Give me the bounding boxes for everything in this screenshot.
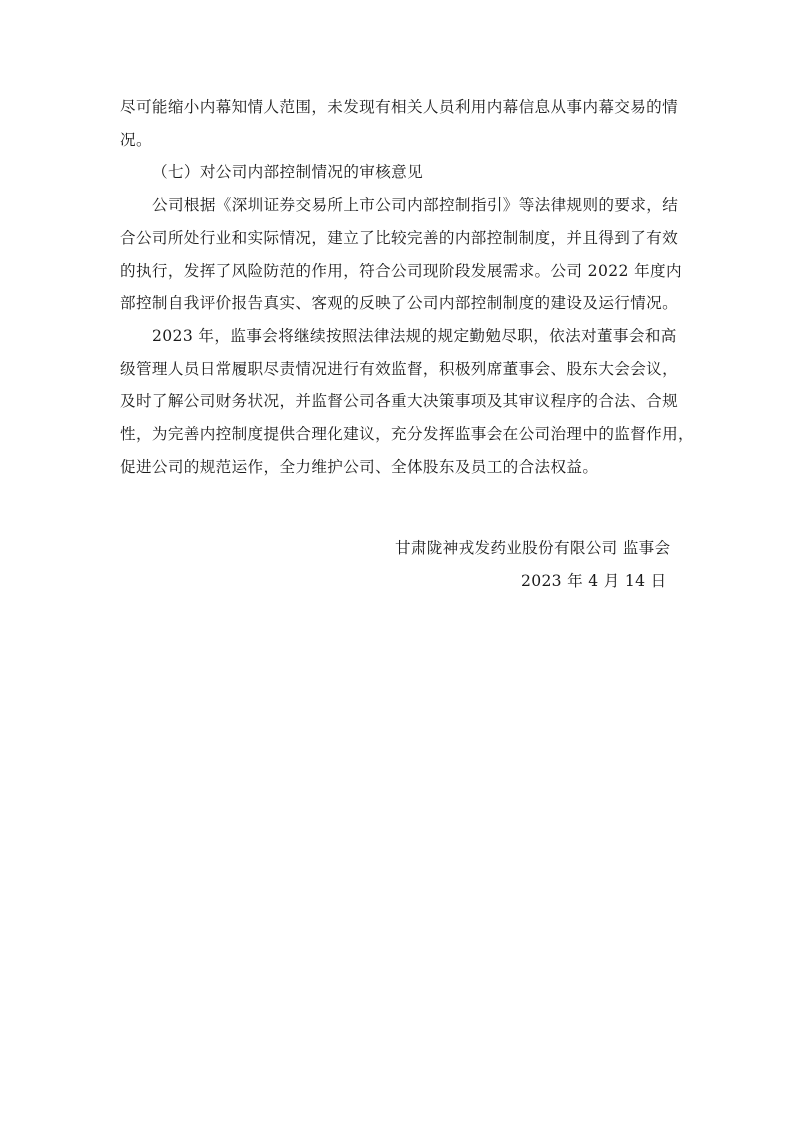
- signature-organization: 甘肃陇神戎发药业股份有限公司 监事会: [395, 538, 670, 558]
- paragraph-line: 部控制自我评价报告真实、客观的反映了公司内部控制制度的建设及运行情况。: [120, 293, 676, 313]
- paragraph-line: 及时了解公司财务状况，并监督公司各重大决策事项及其审议程序的合法、合规: [120, 391, 676, 411]
- paragraph-line: 合公司所处行业和实际情况，建立了比较完善的内部控制制度，并且得到了有效: [120, 228, 676, 248]
- paragraph-line: 况。: [120, 130, 676, 150]
- paragraph-line: 2023 年，监事会将继续按照法律法规的规定勤勉尽职，依法对董事会和高: [152, 326, 676, 346]
- paragraph-line: 公司根据《深圳证券交易所上市公司内部控制指引》等法律规则的要求，结: [152, 195, 676, 215]
- signature-date: 2023 年 4 月 14 日: [521, 571, 667, 591]
- paragraph-line: 尽可能缩小内幕知情人范围，未发现有相关人员利用内幕信息从事内幕交易的情: [120, 97, 676, 117]
- paragraph-line: 级管理人员日常履职尽责情况进行有效监督，积极列席董事会、股东大会会议，: [120, 359, 676, 379]
- paragraph-line: 性，为完善内控制度提供合理化建议，充分发挥监事会在公司治理中的监督作用，: [120, 424, 676, 444]
- paragraph-line: 的执行，发挥了风险防范的作用，符合公司现阶段发展需求。公司 2022 年度内: [120, 261, 676, 281]
- paragraph-line: 促进公司的规范运作，全力维护公司、全体股东及员工的合法权益。: [120, 457, 676, 477]
- section-heading: （七）对公司内部控制情况的审核意见: [152, 162, 676, 182]
- document-page: 尽可能缩小内幕知情人范围，未发现有相关人员利用内幕信息从事内幕交易的情 况。 （…: [0, 0, 793, 1122]
